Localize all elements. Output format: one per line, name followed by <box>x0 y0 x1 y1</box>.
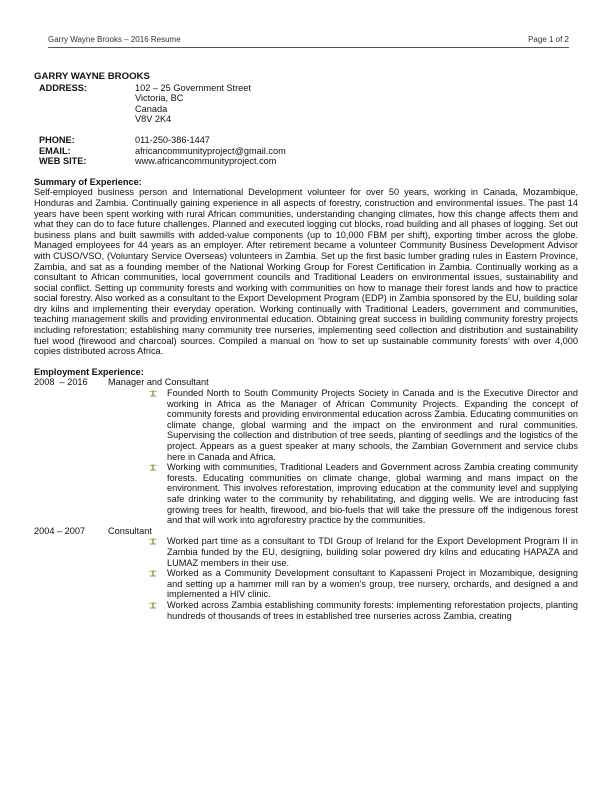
email-label: EMAIL: <box>39 146 135 157</box>
summary-text: Self-employed business person and Intern… <box>34 187 578 357</box>
summary-title: Summary of Experience: <box>34 177 578 188</box>
palm-tree-icon <box>148 390 158 397</box>
job-dates: 2004 – 2007 <box>34 526 108 537</box>
bullet-text: Worked part time as a consultant to TDI … <box>167 536 578 567</box>
page-number: Page 1 of 2 <box>528 35 569 44</box>
palm-tree-icon <box>148 602 158 609</box>
page-header: Garry Wayne Brooks – 2016 Resume Page 1 … <box>48 35 569 48</box>
address-label: ADDRESS: <box>39 83 135 94</box>
address-line-1: 102 – 25 Government Street <box>135 83 578 94</box>
email-value[interactable]: africancommunityproject@gmail.com <box>135 146 578 157</box>
list-item: Worked as a Community Development consul… <box>148 568 578 600</box>
web-label: WEB SITE: <box>39 156 135 167</box>
job-header: 2004 – 2007Consultant <box>34 526 578 537</box>
list-item: Worked across Zambia establishing commun… <box>148 600 578 621</box>
phone-value: 011-250-386-1447 <box>135 135 578 146</box>
bullet-text: Worked as a Community Development consul… <box>167 568 578 599</box>
palm-tree-icon <box>148 538 158 545</box>
job-list: 2008 – 2016Manager and ConsultantFounded… <box>34 377 578 621</box>
job-bullets: Founded North to South Community Project… <box>34 388 578 526</box>
palm-tree-icon <box>148 464 158 471</box>
bullet-text: Working with communities, Traditional Le… <box>167 462 578 525</box>
header-title: Garry Wayne Brooks – 2016 Resume <box>48 35 181 44</box>
address-line-4: V8V 2K4 <box>135 114 578 125</box>
job-bullets: Worked part time as a consultant to TDI … <box>34 536 578 621</box>
phone-label: PHONE: <box>39 135 135 146</box>
list-item: Worked part time as a consultant to TDI … <box>148 536 578 568</box>
bullet-text: Founded North to South Community Project… <box>167 388 578 462</box>
resume-body: GARRY WAYNE BROOKS ADDRESS: 102 – 25 Gov… <box>34 72 578 621</box>
address-line-2: Victoria, BC <box>135 93 578 104</box>
job-role: Manager and Consultant <box>108 377 209 388</box>
person-name: GARRY WAYNE BROOKS <box>34 72 578 83</box>
contact-block: ADDRESS: 102 – 25 Government Street Vict… <box>39 83 578 167</box>
palm-tree-icon <box>148 570 158 577</box>
job-dates: 2008 – 2016 <box>34 377 108 388</box>
employment-title: Employment Experience: <box>34 367 578 378</box>
list-item: Working with communities, Traditional Le… <box>148 462 578 526</box>
job-role: Consultant <box>108 526 152 537</box>
web-value[interactable]: www.africancommunityproject.com <box>135 156 578 167</box>
list-item: Founded North to South Community Project… <box>148 388 578 462</box>
bullet-text: Worked across Zambia establishing commun… <box>167 600 578 621</box>
address-line-3: Canada <box>135 104 578 115</box>
job-header: 2008 – 2016Manager and Consultant <box>34 377 578 388</box>
